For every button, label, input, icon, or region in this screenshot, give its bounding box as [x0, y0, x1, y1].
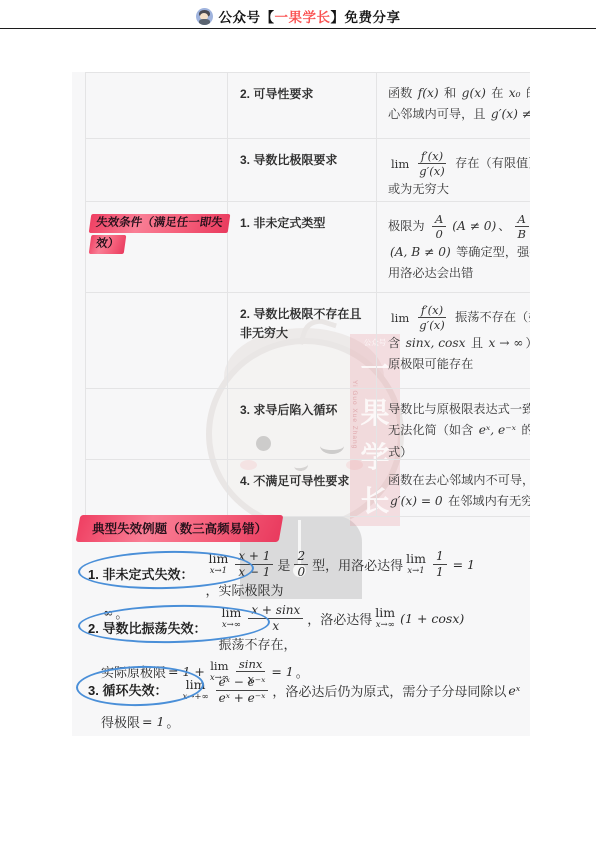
- text-run: ，洛必达得: [307, 609, 372, 628]
- text-run: 且: [468, 336, 487, 350]
- text-run: 得极限: [101, 712, 140, 731]
- title-brand: 一果学长: [275, 10, 331, 25]
- example-line: 1. 非未定式失效： limx→1x + 1x − 1 是 20 型，用洛必达得…: [84, 549, 528, 599]
- brand-avatar-icon: [196, 8, 213, 25]
- text-run: 在: [488, 86, 507, 100]
- text-run: 和: [441, 86, 460, 100]
- row-desc-cell: limf′(x)g′(x) 存在（有限值）或为无穷大: [377, 139, 530, 201]
- math-text: g′(x) = 0: [388, 494, 445, 508]
- limit-operator: limx→1: [406, 552, 426, 576]
- text-run: 函数: [388, 86, 416, 100]
- row-label-cell: [86, 139, 228, 201]
- math-text: f(x): [416, 86, 441, 100]
- row-item-cell: 3. 求导后陷入循环: [228, 389, 377, 459]
- fraction: f′(x)g′(x): [416, 149, 447, 179]
- fraction: A0: [432, 212, 446, 242]
- row-desc-text: limf′(x)g′(x) 存在（有限值）或为无穷大: [388, 149, 530, 200]
- limit-operator: lim: [391, 312, 409, 325]
- example-line: 2. 导数比振荡失效： limx→∞x + sinxx，洛必达得 limx→∞(…: [84, 603, 528, 653]
- table-row: 3. 导数比极限要求 limf′(x)g′(x) 存在（有限值）或为无穷大: [86, 139, 530, 202]
- example-math: limx→+∞eˣ − e⁻ˣeˣ + e⁻ˣ，洛必达后仍为原式，需分子分母同除…: [179, 675, 522, 706]
- math-text: (A ≠ 0): [450, 219, 498, 233]
- text-run: 存在（有限值）或为无穷大: [388, 156, 530, 196]
- table-row: 2. 可导性要求 函数 f(x) 和 g(x) 在 x₀ 的去心邻域内可导，且 …: [86, 73, 530, 139]
- table-row: 2. 导数比极限不存在且非无穷大 limf′(x)g′(x) 振荡不存在（如含 …: [86, 293, 530, 389]
- math-text: x → ∞: [486, 336, 525, 350]
- example-item: 3. 循环失效： limx→+∞eˣ − e⁻ˣeˣ + e⁻ˣ，洛必达后仍为原…: [84, 672, 528, 731]
- title-suffix: 】免费分享: [331, 10, 401, 25]
- row-label-cell: 失效条件（满足任一即失 效）: [86, 202, 228, 292]
- fraction: 11: [433, 549, 447, 580]
- example-label-wrap: 3. 循环失效：: [84, 672, 179, 708]
- row-label-cell: [86, 293, 228, 388]
- header-divider: [0, 28, 596, 29]
- row-item-cell: 3. 导数比极限要求: [228, 139, 377, 201]
- math-text: eˣ, e⁻ˣ: [477, 423, 518, 437]
- content-panel: 公众号 一 果 学 长 Yi Guo Xue Zhang 2. 可导性要求 函数…: [72, 72, 530, 736]
- row-item-cell: 1. 非未定式类型: [228, 202, 377, 292]
- page-title: 公众号【一果学长】免费分享: [219, 6, 401, 26]
- limit-operator: limx→∞: [375, 606, 395, 630]
- row-item-cell: 2. 导数比极限不存在且非无穷大: [228, 293, 377, 388]
- row-label-cell: [86, 460, 228, 516]
- example-line: 3. 循环失效： limx→+∞eˣ − e⁻ˣeˣ + e⁻ˣ，洛必达后仍为原…: [84, 672, 528, 708]
- math-text: eˣ: [506, 683, 522, 698]
- fraction: AB: [514, 212, 528, 242]
- math-text: = 1: [140, 714, 166, 729]
- page: 公众号【一果学长】免费分享 公众号 一 果 学 长 Yi Guo Xue Zha…: [0, 0, 596, 842]
- example-label: 1. 非未定式失效：: [88, 567, 193, 582]
- row-desc-cell: 函数在去心邻域内不可导，或 g′(x) = 0 在邻域内有无穷多点: [377, 460, 530, 516]
- row-item-cell: 4. 不满足可导性要求: [228, 460, 377, 516]
- math-text: g′(x) ≠ 0: [489, 107, 530, 121]
- text-run: 。: [166, 712, 179, 731]
- example-math: limx→1x + 1x − 1 是 20 型，用洛必达得 limx→111= …: [205, 549, 528, 599]
- example-label-wrap: 2. 导数比振荡失效：: [84, 610, 218, 646]
- text-run: 是: [277, 555, 290, 574]
- table-row: 4. 不满足可导性要求 函数在去心邻域内不可导，或 g′(x) = 0 在邻域内…: [86, 460, 530, 517]
- row-label-cell: [86, 73, 228, 138]
- failure-conditions-highlight: 效）: [89, 235, 127, 254]
- example-label-wrap: 1. 非未定式失效：: [84, 556, 205, 592]
- text-run: 极限为: [388, 219, 428, 233]
- math-text: (A, B ≠ 0): [388, 245, 453, 259]
- fraction: 20: [294, 549, 308, 580]
- text-run: 函数在去心邻域内不可导，或: [388, 473, 530, 487]
- failure-conditions-highlight: 失效条件（满足任一即失: [89, 214, 230, 233]
- math-text: g(x): [460, 86, 488, 100]
- table-row: 失效条件（满足任一即失 效） 1. 非未定式类型 极限为 A0(A ≠ 0)、A…: [86, 202, 530, 293]
- text-run: 型，用洛必达得: [312, 555, 403, 574]
- limit-operator: lim: [391, 158, 409, 171]
- example-line: 得极限 = 1。: [84, 712, 528, 731]
- examples-section-banner: 典型失效例题（数三高频易错）: [76, 515, 284, 542]
- fraction: f′(x)g′(x): [416, 303, 447, 333]
- title-prefix: 公众号【: [219, 10, 275, 25]
- math-text: x₀: [507, 86, 523, 100]
- page-header: 公众号【一果学长】免费分享: [0, 5, 596, 27]
- row-desc-text: 极限为 A0(A ≠ 0)、AB(A, B ≠ 0) 等确定型，强行用洛必达会出…: [388, 212, 530, 284]
- text-run: ，洛必达后仍为原式，需分子分母同除以: [272, 681, 506, 700]
- row-label-cell: [86, 389, 228, 459]
- row-desc-cell: 极限为 A0(A ≠ 0)、AB(A, B ≠ 0) 等确定型，强行用洛必达会出…: [377, 202, 530, 292]
- example-label: 3. 循环失效：: [88, 683, 167, 698]
- examples-banner-text: 典型失效例题（数三高频易错）: [92, 519, 267, 537]
- row-desc-text: 函数 f(x) 和 g(x) 在 x₀ 的去心邻域内可导，且 g′(x) ≠ 0: [388, 83, 530, 126]
- row-desc-text: limf′(x)g′(x) 振荡不存在（如含 sinx, cosx 且 x → …: [388, 303, 530, 375]
- math-text: (1 + cosx): [398, 611, 466, 626]
- math-text: = 1: [451, 557, 477, 572]
- lhopital-conditions-table: 2. 可导性要求 函数 f(x) 和 g(x) 在 x₀ 的去心邻域内可导，且 …: [85, 72, 530, 517]
- row-desc-text: 函数在去心邻域内不可导，或 g′(x) = 0 在邻域内有无穷多点: [388, 470, 530, 516]
- avatar-body: [199, 19, 210, 25]
- row-desc-text: 导数比与原极限表达式一致，无法化简（如含 eˣ, e⁻ˣ 的分式）: [388, 399, 530, 459]
- example-label: 2. 导数比振荡失效：: [88, 621, 206, 636]
- math-text: sinx, cosx: [404, 336, 468, 350]
- row-desc-cell: limf′(x)g′(x) 振荡不存在（如含 sinx, cosx 且 x → …: [377, 293, 530, 388]
- row-item-cell: 2. 可导性要求: [228, 73, 377, 138]
- text-run: 、: [498, 219, 510, 233]
- row-desc-cell: 函数 f(x) 和 g(x) 在 x₀ 的去心邻域内可导，且 g′(x) ≠ 0: [377, 73, 530, 138]
- row-desc-cell: 导数比与原极限表达式一致，无法化简（如含 eˣ, e⁻ˣ 的分式）: [377, 389, 530, 459]
- table-row: 3. 求导后陷入循环 导数比与原极限表达式一致，无法化简（如含 eˣ, e⁻ˣ …: [86, 389, 530, 460]
- fraction: eˣ − e⁻ˣeˣ + e⁻ˣ: [216, 675, 269, 706]
